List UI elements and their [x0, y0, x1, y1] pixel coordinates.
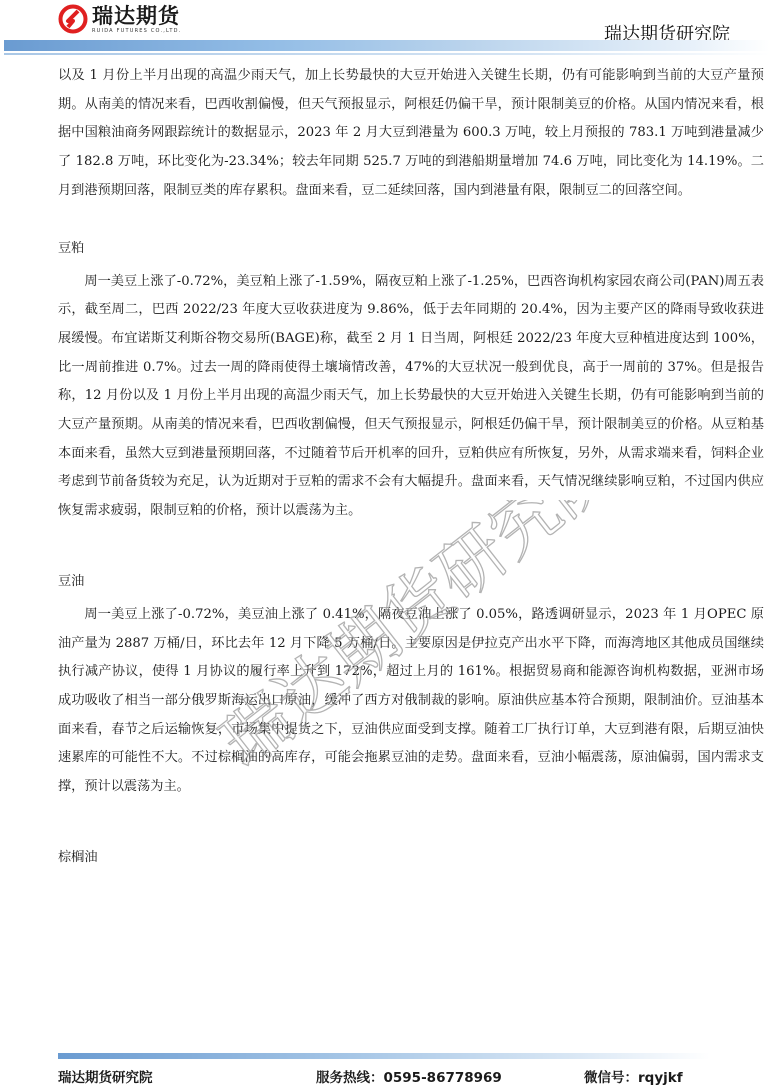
footer-org-name: 瑞达期货研究院	[58, 1066, 153, 1086]
header-gradient-band	[4, 40, 770, 51]
section-body-soyoil: 周一美豆上涨了-0.72%，美豆油上涨了 0.41%，隔夜豆油上涨了 0.05%…	[58, 601, 764, 802]
page-footer: 瑞达期货研究院 服务热线：0595-86778969 微信号：rqyjkf	[58, 1066, 758, 1086]
section-title-soyoil: 豆油	[58, 568, 764, 596]
logo-english-name: RUIDA FUTURES CO.,LTD.	[92, 28, 181, 34]
section-title-palm-oil: 棕榈油	[58, 844, 764, 872]
report-body: 以及 1 月份上半月出现的高温少雨天气，加上长势最快的大豆开始进入关键生长期，仍…	[58, 62, 764, 872]
company-logo: 瑞达期货 RUIDA FUTURES CO.,LTD.	[58, 4, 181, 34]
footer-hotline: 服务热线：0595-86778969	[316, 1066, 502, 1086]
ruida-logo-icon	[58, 4, 88, 34]
footer-wechat: 微信号：rqyjkf	[584, 1066, 683, 1086]
section-title-soymeal: 豆粕	[58, 235, 764, 263]
intro-paragraph: 以及 1 月份上半月出现的高温少雨天气，加上长势最快的大豆开始进入关键生长期，仍…	[58, 62, 764, 206]
footer-gradient-band	[58, 1053, 710, 1059]
logo-chinese-name: 瑞达期货	[92, 4, 181, 28]
header-divider	[4, 53, 770, 55]
section-body-soymeal: 周一美豆上涨了-0.72%，美豆粕上涨了-1.59%，隔夜豆粕上涨了-1.25%…	[58, 268, 764, 526]
page-header: 瑞达期货 RUIDA FUTURES CO.,LTD. 瑞达期货研究院	[0, 0, 770, 60]
